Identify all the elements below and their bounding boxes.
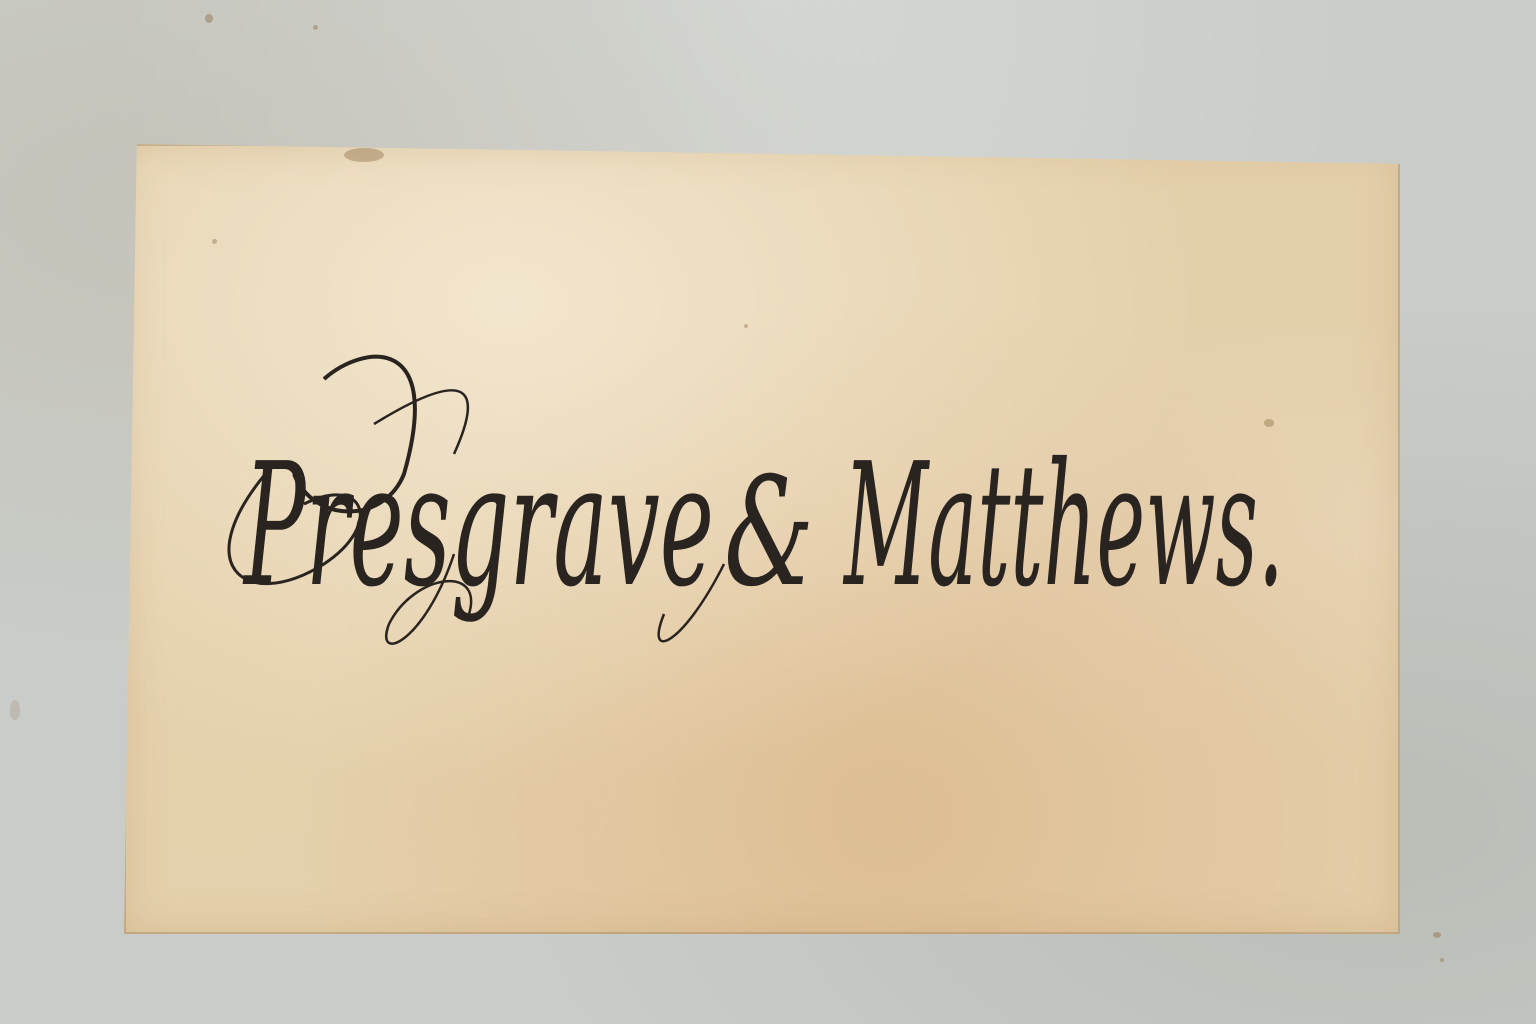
foxing-spot [313,25,318,30]
foxing-spot [1440,958,1444,962]
foxing-spot [205,14,213,23]
trade-card: Presgrave & Matthews. [124,144,1400,934]
foxing-spot [1433,932,1441,938]
script-inscription: Presgrave & Matthews. [124,144,1400,934]
card-ampersand: & [724,446,814,620]
card-name-second: Matthews. [843,427,1284,625]
foxing-spot [10,700,20,720]
card-name-first: Presgrave [242,427,714,625]
